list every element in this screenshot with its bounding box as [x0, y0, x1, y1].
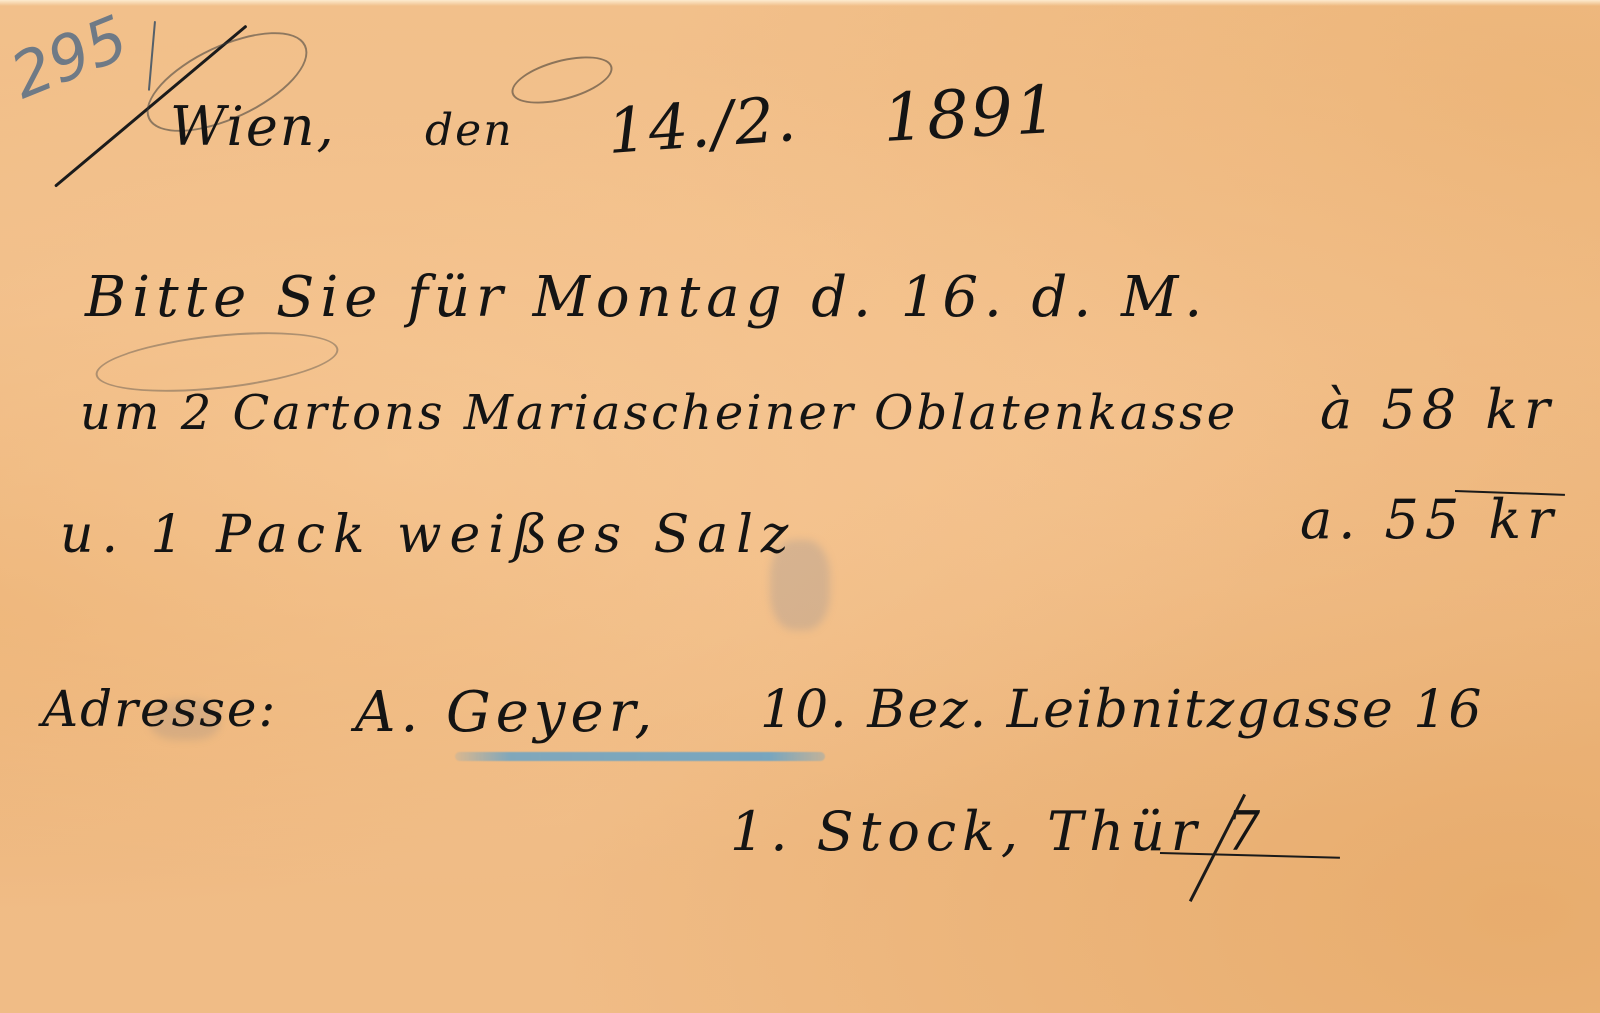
price-line-3: a. 55 kr: [1300, 488, 1559, 551]
address-label: Adresse:: [42, 680, 277, 738]
address-street: 10. Bez. Leibnitzgasse 16: [760, 680, 1483, 740]
paper-edge: [0, 0, 1600, 6]
margin-bracket-stroke: [148, 21, 156, 91]
price-line-2: à 58 kr: [1320, 378, 1556, 441]
postcard: 295 Wien, den 14./2. 1891 Bitte Sie für …: [0, 0, 1600, 1013]
addressee-name: A. Geyer,: [355, 680, 657, 745]
place-name: Wien,: [170, 95, 336, 158]
den-word: den: [425, 105, 514, 156]
date-year: 1891: [881, 71, 1061, 157]
body-line-1: Bitte Sie für Montag d. 16. d. M.: [85, 265, 1208, 330]
margin-number: 295: [1, 1, 138, 113]
body-line-3: u. 1 Pack weißes Salz: [60, 505, 796, 565]
name-underline: [455, 752, 825, 761]
date-day-month: 14./2.: [605, 82, 800, 168]
body-line-2: um 2 Cartons Mariascheiner Oblatenkasse: [80, 385, 1238, 441]
den-flourish: [507, 47, 618, 113]
